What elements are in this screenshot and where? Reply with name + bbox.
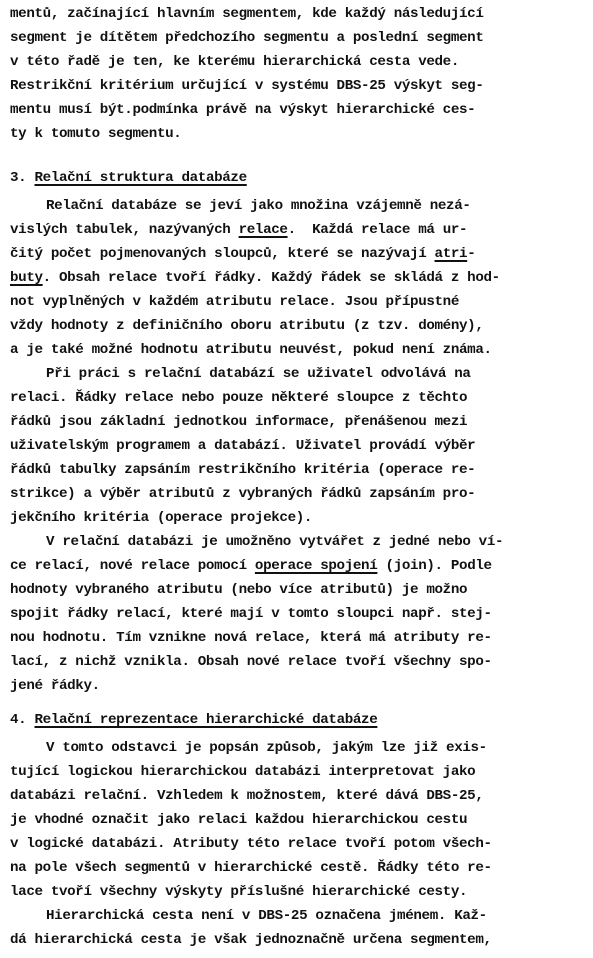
line-text: vislých tabulek, nazývaných (10, 222, 239, 238)
paragraph-line: spojit řádky relací, které mají v tomto … (10, 602, 492, 626)
paragraph-line: lace tvoří všechny výskyty příslušné hie… (10, 880, 467, 904)
paragraph-line: relaci. Řádky relace nebo pouze některé … (10, 386, 467, 410)
line-text: ce relací, nové relace pomocí (10, 558, 255, 574)
paragraph-line: mentů, začínající hlavním segmentem, kde… (10, 2, 484, 26)
paragraph-line: a je také možné hodnotu atributu neuvést… (10, 338, 492, 362)
paragraph-line: not vyplněných v každém atributu relace.… (10, 290, 459, 314)
paragraph-line: tující logickou hierarchickou databázi i… (10, 760, 475, 784)
section-title: Relační reprezentace hierarchické databá… (35, 712, 378, 728)
paragraph-line: dá hierarchická cesta je však jednoznačn… (10, 928, 492, 952)
paragraph-line: na pole všech segmentů v hierarchické ce… (10, 856, 492, 880)
paragraph-line: Restrikční kritérium určující v systému … (10, 74, 484, 98)
paragraph-line: Relační databáze se jeví jako množina vz… (10, 194, 471, 218)
paragraph-line: databázi relační. Vzhledem k možnostem, … (10, 784, 484, 808)
paragraph-line: V relační databázi je umožněno vytvářet … (10, 530, 503, 554)
paragraph-line: uživatelským programem a databází. Uživa… (10, 434, 475, 458)
underlined-term: buty (10, 270, 43, 286)
underlined-term: atri (435, 246, 468, 262)
paragraph-line: jené řádky. (10, 674, 100, 698)
paragraph-line: nou hodnotu. Tím vznikne nová relace, kt… (10, 626, 492, 650)
section-number: 3. (10, 170, 35, 186)
paragraph-line: Při práci s relační databází se uživatel… (10, 362, 471, 386)
line-text: . Obsah relace tvoří řádky. Každý řádek … (43, 270, 500, 286)
paragraph-line: v logické databázi. Atributy této relace… (10, 832, 492, 856)
underlined-term: relace (239, 222, 288, 238)
paragraph-line: v této řadě je ten, ke kterému hierarchi… (10, 50, 459, 74)
paragraph-line: hodnoty vybraného atributu (nebo více at… (10, 578, 467, 602)
section-heading: 3. Relační struktura databáze (10, 166, 247, 190)
paragraph-line: ce relací, nové relace pomocí operace sp… (10, 554, 492, 578)
paragraph-line: řádků jsou základní jednotkou informace,… (10, 410, 467, 434)
line-text: . Každá relace má ur- (288, 222, 468, 238)
line-text: (join). Podle (377, 558, 491, 574)
line-text: čitý počet pojmenovaných sloupců, které … (10, 246, 435, 262)
paragraph-line: vislých tabulek, nazývaných relace. Každ… (10, 218, 467, 242)
paragraph-line: je vhodné označit jako relaci každou hie… (10, 808, 467, 832)
paragraph-line: lací, z nichž vznikla. Obsah nové relace… (10, 650, 492, 674)
section-title: Relační struktura databáze (35, 170, 247, 186)
paragraph-line: řádků tabulky zapsáním restrikčního krit… (10, 458, 475, 482)
paragraph-line: vždy hodnoty z definičního oboru atribut… (10, 314, 484, 338)
section-heading: 4. Relační reprezentace hierarchické dat… (10, 708, 377, 732)
section-number: 4. (10, 712, 35, 728)
paragraph-line: jekčního kritéria (operace projekce). (10, 506, 312, 530)
paragraph-line: ty k tomuto segmentu. (10, 122, 181, 146)
paragraph-line: buty. Obsah relace tvoří řádky. Každý řá… (10, 266, 500, 290)
paragraph-line: strikce) a výběr atributů z vybraných řá… (10, 482, 475, 506)
paragraph-line: čitý počet pojmenovaných sloupců, které … (10, 242, 475, 266)
paragraph-line: segment je dítětem předchozího segmentu … (10, 26, 484, 50)
paragraph-line: mentu musí být.podmínka právě na výskyt … (10, 98, 475, 122)
paragraph-line: V tomto odstavci je popsán způsob, jakým… (10, 736, 487, 760)
line-text: - (467, 246, 475, 262)
underlined-term: operace spojení (255, 558, 377, 574)
paragraph-line: Hierarchická cesta není v DBS-25 označen… (10, 904, 487, 928)
